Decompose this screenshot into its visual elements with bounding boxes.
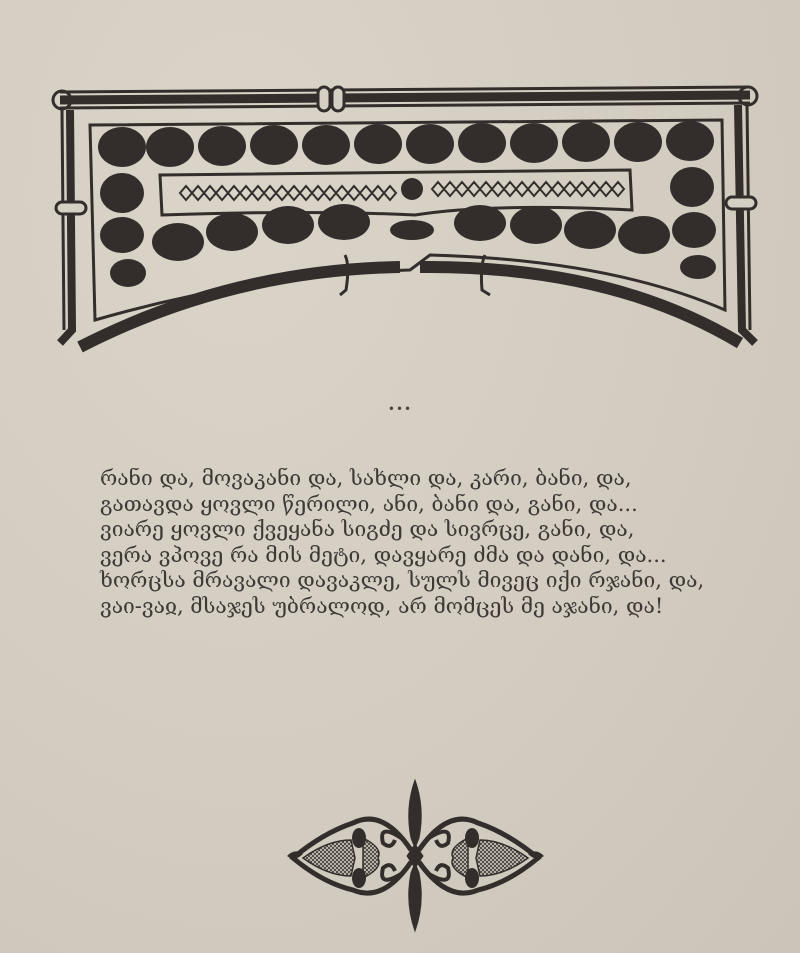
poem-line: ვიარე ყოვლი ქვეყანა სიგძე და სივრცე, გან… (100, 517, 720, 543)
poem-line: ვერა ვპოვე რა მის მეტი, დავყარე ძმა და დ… (100, 543, 720, 569)
poem-line: ხორცსა მრავალი დავაკლე, სულს მივეც იქი რ… (100, 568, 720, 594)
headpiece-ornament-icon (50, 85, 765, 360)
poem-line: გათავდა ყოვლი წერილი, ანი, ბანი და, განი… (100, 492, 720, 518)
floral-tailpiece-icon (283, 778, 548, 933)
poem-line: ვაი-ვაჲ, მსაჯეს უბრალოდ, არ მომცეს მე აჯ… (100, 594, 720, 620)
section-divider: ••• (0, 402, 800, 416)
poem-text: რანი და, მოვაკანი და, სახლი და, კარი, ბა… (100, 466, 720, 619)
poem-line: რანი და, მოვაკანი და, სახლი და, კარი, ბა… (100, 466, 720, 492)
